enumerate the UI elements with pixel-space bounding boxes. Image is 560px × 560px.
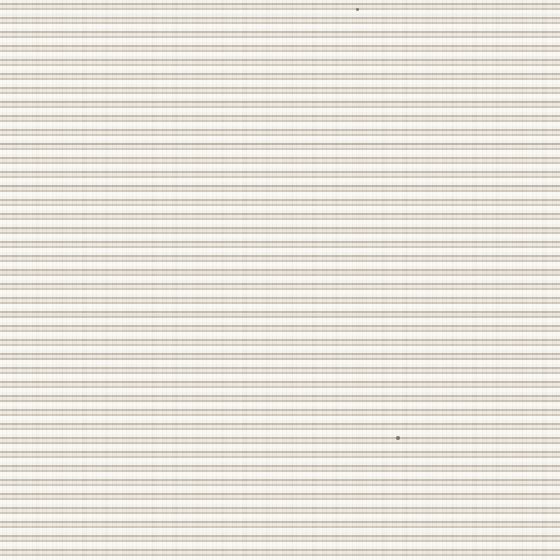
dark-speck xyxy=(356,8,359,11)
dark-speck xyxy=(396,436,400,440)
fabric-texture-photo xyxy=(0,0,560,560)
